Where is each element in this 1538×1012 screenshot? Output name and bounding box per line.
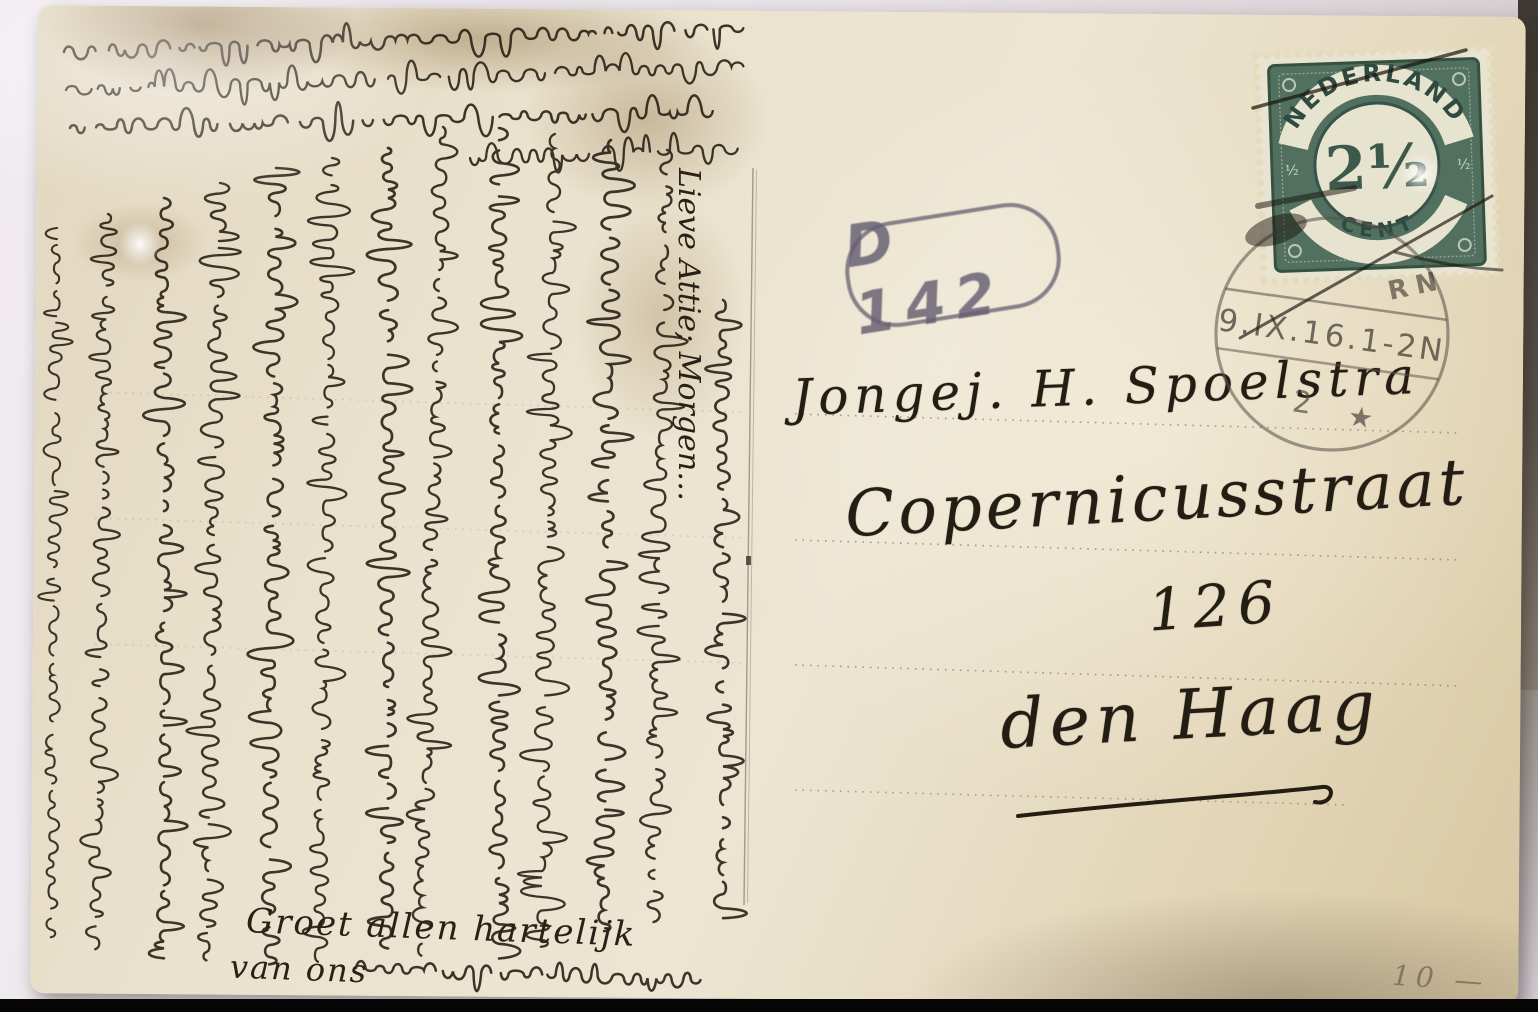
postmark-number: 2 <box>1290 384 1314 421</box>
postmark-star: ★ <box>1346 399 1375 435</box>
cancellation-marks <box>1240 50 1502 338</box>
photo-of-postcard: NEDERLAND 2½ CENT ½ ½ 9.IX.16.1-2N 2 ★ <box>0 0 1538 1012</box>
postmark: 9.IX.16.1-2N 2 ★ RN <box>0 0 1538 1012</box>
postmark-town-partial: RN <box>1385 265 1448 306</box>
postmark-date: 9.IX.16.1-2N <box>1216 302 1448 370</box>
